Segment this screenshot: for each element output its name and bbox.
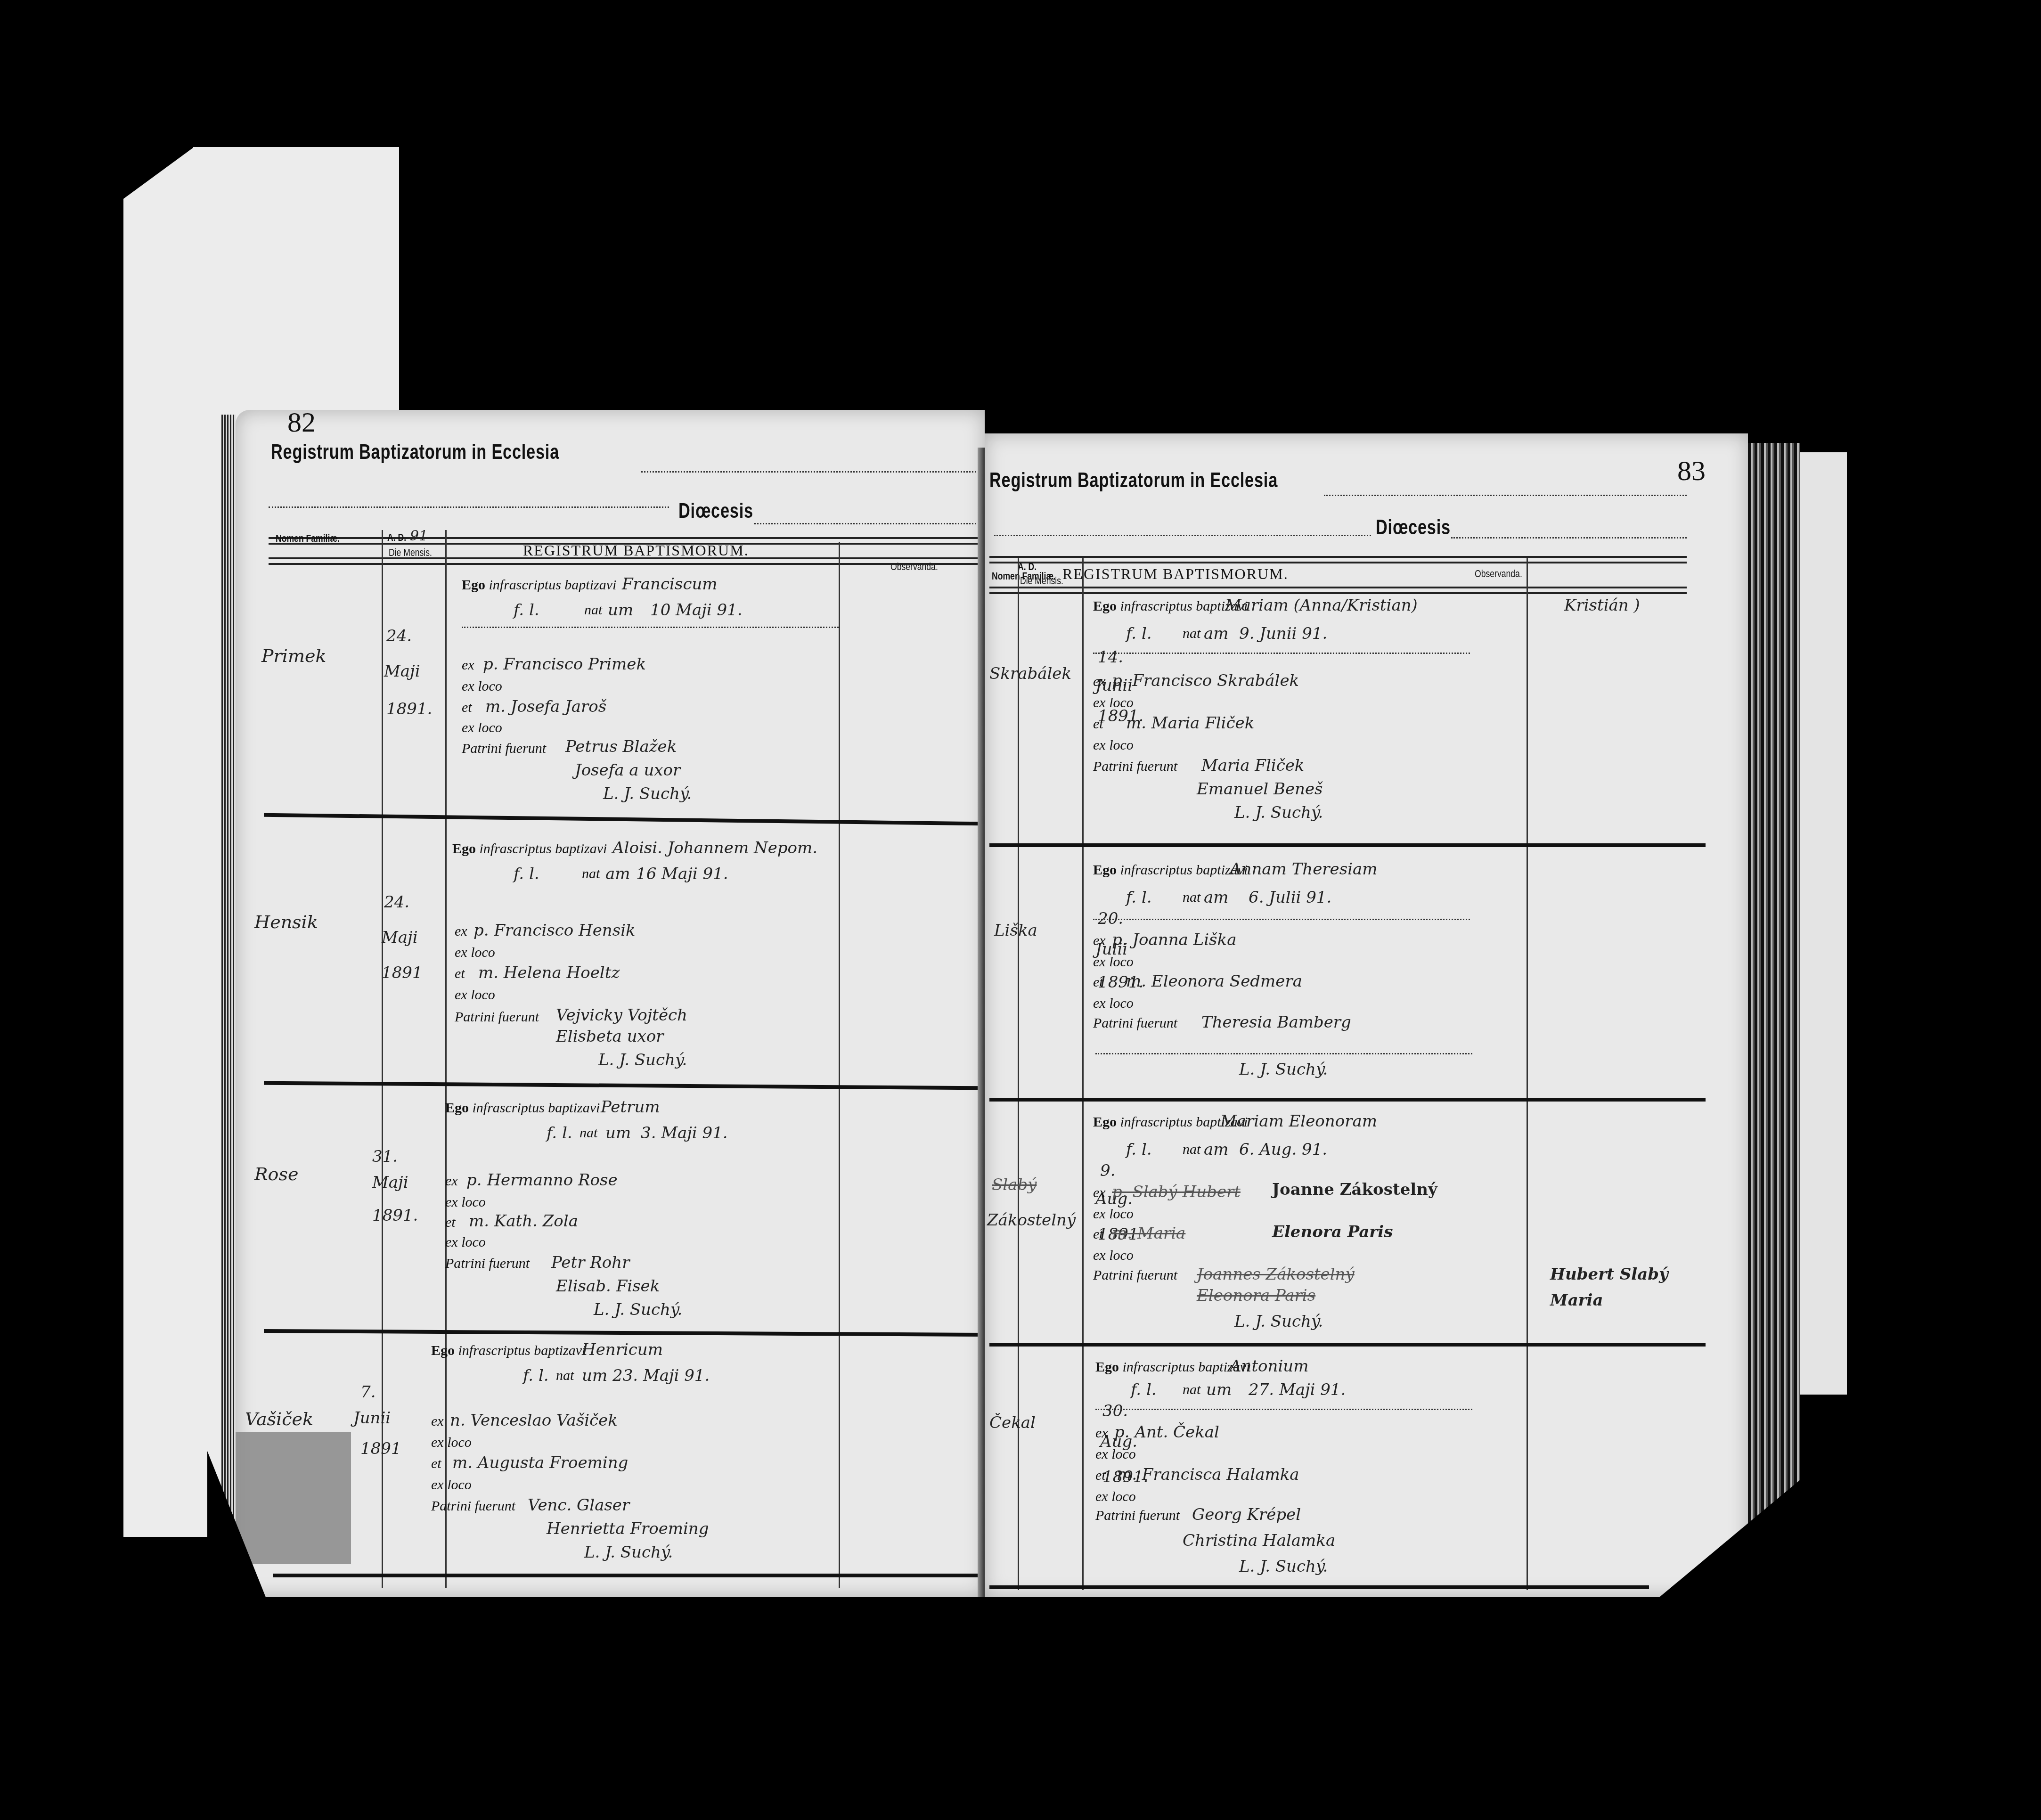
baptism-year: 1891. — [372, 1206, 418, 1225]
label-patrini: Patrini fuerunt — [1095, 1508, 1180, 1524]
priest-signature: L. J. Suchý. — [584, 1543, 673, 1562]
father-name: p. Francisco Hensik — [474, 921, 636, 940]
father-name: p. Hermanno Rose — [466, 1171, 618, 1190]
label-patrini: Patrini fuerunt — [455, 1009, 539, 1025]
left-page-number: 82 — [287, 406, 316, 439]
godparent-1: Maria Fliček — [1201, 756, 1304, 775]
baptism-day: 7. — [360, 1383, 376, 1402]
label-ego: Ego infrascriptus baptizavi — [1095, 1359, 1250, 1375]
label-ex: ex — [1095, 1425, 1108, 1441]
birth-date: 10 Maji 91. — [650, 601, 742, 620]
family-name: Primek — [261, 645, 326, 666]
baptism-year: 1891 — [382, 963, 423, 982]
child-name: Petrum — [601, 1098, 660, 1117]
baptism-day: 31. — [372, 1147, 398, 1166]
birth-date: 3. Maji 91. — [641, 1124, 728, 1143]
label-ex: ex — [462, 657, 474, 673]
godparent-1-struck: Joannes Zákostelný — [1197, 1265, 1355, 1284]
label-ego: Ego infrascriptus baptizavi — [431, 1343, 586, 1359]
godparent-1: Venc. Glaser — [528, 1496, 629, 1515]
blank-line — [1095, 1053, 1472, 1054]
ecclesia-line — [1324, 495, 1687, 496]
label-ex: ex — [1093, 933, 1106, 949]
label-natum: nat — [1183, 1142, 1200, 1158]
label-patrini: Patrini fuerunt — [1093, 1015, 1177, 1031]
col-register: REGISTRUM BAPTISMORUM. — [523, 542, 749, 559]
child-name: Annam Theresiam — [1230, 860, 1378, 879]
mother-name: m. Maria Fliček — [1126, 714, 1254, 733]
label-ex-loco-2: ex loco — [462, 720, 502, 736]
label-ex-loco-2: ex loco — [1095, 1489, 1136, 1505]
priest-signature: L. J. Suchý. — [1239, 1060, 1328, 1079]
legitimacy: f. l. — [1126, 624, 1152, 643]
blank-line — [1095, 1409, 1472, 1410]
right-flap — [1800, 452, 1847, 1395]
father-name: p. Ant. Čekal — [1114, 1423, 1219, 1442]
birth-date: 6. Julii 91. — [1249, 888, 1331, 907]
header-rule-bottom — [989, 587, 1687, 594]
legitimacy: f. l. — [514, 865, 539, 883]
godparent-1: Petr Rohr — [551, 1253, 629, 1272]
baptism-year: 1891 — [360, 1439, 401, 1458]
right-entry-3: Slabý Zákostelný 9. Aug. 1891 Ego infras… — [985, 1105, 1748, 1340]
born-suffix: um — [608, 601, 633, 620]
godparent-2: Elisbeta uxor — [556, 1027, 663, 1046]
label-et: et — [462, 700, 472, 716]
baptism-month: Maji — [382, 928, 418, 947]
redacted-area — [236, 1432, 351, 1564]
child-name: Henricum — [582, 1340, 663, 1359]
mother-name: Elenora Paris — [1272, 1223, 1393, 1241]
legitimacy: f. l. — [1126, 1140, 1152, 1159]
label-patrini: Patrini fuerunt — [462, 741, 546, 757]
label-ex-loco-2: ex loco — [1093, 737, 1134, 753]
entry-separator — [989, 843, 1706, 847]
label-ego: Ego infrascriptus baptizavi — [452, 841, 607, 857]
observanda-note: Kristián ) — [1564, 596, 1640, 615]
label-et: et — [1093, 974, 1103, 990]
godparent-1: Petrus Blažek — [565, 737, 677, 756]
baptism-day: 24. — [386, 627, 412, 645]
diocese-line-right — [754, 523, 980, 524]
birth-date: 16 Maji 91. — [636, 865, 728, 883]
right-entry-4: Čekal 30. Aug. 1891. Ego infrascriptus b… — [985, 1350, 1748, 1585]
label-ex-loco: ex loco — [455, 945, 495, 961]
tab-top — [193, 147, 399, 199]
label-ex: ex — [445, 1173, 458, 1189]
entry-separator — [273, 1574, 985, 1577]
born-suffix: um — [1206, 1380, 1232, 1399]
birth-date: 6. Aug. 91. — [1239, 1140, 1327, 1159]
label-patrini: Patrini fuerunt — [1093, 759, 1177, 775]
label-ex: ex — [1093, 1185, 1106, 1201]
right-page-title: Registrum Baptizatorum in Ecclesia — [989, 469, 1278, 492]
priest-signature: L. J. Suchý. — [594, 1300, 682, 1319]
godparent-2: Christina Halamka — [1183, 1531, 1335, 1550]
born-suffix: am — [1204, 624, 1229, 643]
family-name: Rose — [254, 1164, 298, 1184]
left-page-title: Registrum Baptizatorum in Ecclesia — [271, 441, 559, 464]
child-name: Antonium — [1230, 1357, 1309, 1376]
father-name: n. Venceslao Vašiček — [450, 1411, 618, 1430]
label-ex-loco: ex loco — [1093, 954, 1134, 970]
entry-separator — [989, 1585, 1649, 1589]
label-natum: nat — [1183, 1382, 1200, 1398]
header-rule-top — [989, 556, 1687, 563]
birth-date: 9. Junii 91. — [1239, 624, 1327, 643]
godparent-1: Theresia Bamberg — [1201, 1013, 1351, 1032]
legitimacy: f. l. — [547, 1124, 572, 1143]
baptism-year: 1891. — [386, 700, 432, 718]
right-page-number: 83 — [1677, 455, 1706, 487]
label-ex-loco: ex loco — [462, 678, 502, 694]
label-natum: nat — [1183, 626, 1200, 642]
label-natum: nat — [582, 866, 600, 882]
mother-name: m. Augusta Froeming — [452, 1453, 628, 1472]
page-stack-right — [1748, 443, 1800, 1597]
priest-signature: L. J. Suchý. — [1239, 1557, 1328, 1576]
blank-line — [1093, 653, 1470, 654]
baptism-month: Junii — [353, 1409, 391, 1428]
label-ex: ex — [1093, 674, 1106, 690]
label-ex-loco-2: ex loco — [445, 1234, 486, 1250]
label-ex-loco-2: ex loco — [1093, 1248, 1134, 1264]
born-suffix: um — [582, 1366, 607, 1385]
col-register: REGISTRUM BAPTISMORUM. — [1062, 565, 1289, 583]
mother-name: m. Kath. Zola — [469, 1212, 578, 1231]
family-name: Hensik — [254, 912, 318, 932]
col-day-month: Die Mensis. — [1020, 575, 1063, 587]
col-observanda: Observanda. — [1475, 568, 1522, 580]
label-ex-loco-2: ex loco — [1093, 996, 1134, 1012]
blank-line — [462, 627, 839, 628]
left-entry-3: Rose 31. Maji 1891. Ego infrascriptus ba… — [236, 1093, 985, 1329]
label-ego: Ego infrascriptus baptizavi — [1093, 862, 1248, 878]
born-suffix: am — [1204, 1140, 1229, 1159]
born-suffix: am — [605, 865, 630, 883]
priest-signature: L. J. Suchý. — [603, 784, 692, 803]
blank-line — [1093, 919, 1470, 920]
entry-separator — [989, 1098, 1706, 1102]
child-name: Mariam (Anna/Kristian) — [1225, 596, 1418, 615]
observanda-godparent-2: Maria — [1550, 1291, 1603, 1310]
family-name: Vašiček — [245, 1409, 313, 1429]
header-rule-bottom — [269, 557, 980, 565]
observanda-godparent-1: Hubert Slabý — [1550, 1265, 1668, 1284]
mother-name: m. Eleonora Sedmera — [1126, 972, 1302, 991]
left-diocese-label: Diœcesis — [678, 499, 753, 523]
diocese-line-right — [1451, 537, 1687, 539]
col-ad-year: 91 — [410, 528, 428, 544]
born-suffix: um — [605, 1124, 631, 1143]
godparent-2: Josefa a uxor — [575, 761, 680, 780]
baptism-day: 9. — [1100, 1161, 1115, 1180]
book-edge-left — [221, 415, 236, 1578]
father-name: p. Francisco Primek — [483, 655, 646, 674]
label-ex: ex — [431, 1413, 444, 1429]
family-name-struck: Slabý — [992, 1175, 1037, 1194]
born-suffix: am — [1204, 888, 1229, 907]
diocese-line-left — [994, 535, 1371, 536]
label-patrini: Patrini fuerunt — [1093, 1267, 1177, 1283]
baptism-day: 30. — [1102, 1402, 1128, 1420]
label-et: et — [1093, 1226, 1103, 1242]
godparent-1: Vejvicky Vojtěch — [556, 1006, 687, 1025]
child-name: Mariam Eleonoram — [1220, 1112, 1377, 1131]
family-name: Čekal — [989, 1413, 1036, 1432]
label-et: et — [1093, 716, 1103, 732]
right-entry-2: Liška 20. Julii 1891. Ego infrascriptus … — [985, 853, 1748, 1088]
ecclesia-line — [641, 471, 980, 473]
mother-name: m. Josefa Jaroš — [485, 697, 606, 716]
mother-name: m. Helena Hoeltz — [478, 963, 620, 982]
birth-date: 27. Maji 91. — [1249, 1380, 1346, 1399]
father-name: p. Francisco Skrabálek — [1112, 671, 1299, 690]
priest-signature: L. J. Suchý. — [1234, 803, 1323, 822]
right-entry-1-content: Ego infrascriptus baptizavi Mariam (Anna… — [985, 594, 1748, 839]
left-entry-2: Hensik 24. Maji 1891 Ego infrascriptus b… — [236, 834, 985, 1079]
godparent-2: Emanuel Beneš — [1197, 780, 1323, 799]
baptism-day: 24. — [384, 893, 409, 912]
label-ego: Ego infrascriptus baptizavi — [445, 1100, 600, 1116]
label-et: et — [431, 1456, 441, 1472]
father-name: Joanne Zákostelný — [1272, 1180, 1437, 1199]
baptism-month: Maji — [372, 1173, 408, 1192]
family-name: Zákostelný — [987, 1211, 1076, 1230]
right-diocese-label: Diœcesis — [1376, 516, 1451, 539]
legitimacy: f. l. — [514, 601, 539, 620]
diocese-line-left — [269, 506, 669, 508]
mother-name-struck: m. Maria — [1112, 1224, 1185, 1243]
label-et: et — [455, 966, 465, 982]
left-entry-1: Primek 24. Maji 1891. Ego infrascriptus … — [236, 575, 985, 820]
legitimacy: f. l. — [1131, 1380, 1157, 1399]
godparent-1: Georg Krépel — [1192, 1505, 1301, 1524]
label-patrini: Patrini fuerunt — [445, 1256, 530, 1272]
label-natum: nat — [556, 1368, 574, 1384]
label-ego: Ego infrascriptus baptizavi — [462, 577, 616, 593]
col-ad: A. D. — [1018, 561, 1037, 573]
col-family-name: Nomen Familiæ. — [276, 532, 340, 545]
birth-date: 23. Maji 91. — [612, 1366, 710, 1385]
label-natum: nat — [580, 1125, 597, 1141]
label-patrini: Patrini fuerunt — [431, 1498, 515, 1514]
child-name: Franciscum — [622, 575, 718, 594]
child-name: Aloisi. Johannem Nepom. — [612, 839, 817, 857]
label-ex-loco: ex loco — [1093, 1206, 1134, 1222]
label-et: et — [1095, 1468, 1106, 1484]
priest-signature: L. J. Suchý. — [598, 1051, 687, 1069]
label-ex-loco: ex loco — [431, 1435, 472, 1451]
mother-name: m. Francisca Halamka — [1117, 1465, 1299, 1484]
label-ex-loco: ex loco — [1095, 1446, 1136, 1462]
legitimacy: f. l. — [523, 1366, 549, 1385]
father-name: p. Joanna Liška — [1112, 930, 1236, 949]
legitimacy: f. l. — [1126, 888, 1152, 907]
col-ad: A. D. — [387, 531, 406, 544]
father-name-struck: p. Slabý Hubert — [1112, 1183, 1241, 1201]
baptism-month: Maji — [384, 662, 420, 681]
label-ex-loco: ex loco — [445, 1194, 486, 1210]
label-ex-loco-2: ex loco — [455, 987, 495, 1003]
priest-signature: L. J. Suchý. — [1234, 1312, 1323, 1331]
label-ex-loco: ex loco — [1093, 695, 1134, 711]
label-et: et — [445, 1215, 456, 1231]
family-name: Liška — [994, 921, 1037, 940]
entry-separator — [989, 1343, 1706, 1347]
label-natum: nat — [1183, 890, 1200, 906]
godparent-2-struck: Eleonora Paris — [1197, 1286, 1315, 1305]
label-ex: ex — [455, 923, 467, 939]
godparent-2: Henrietta Froeming — [547, 1519, 709, 1538]
label-ex-loco-2: ex loco — [431, 1477, 472, 1493]
godparent-2: Elisab. Fisek — [556, 1277, 660, 1296]
label-natum: nat — [584, 602, 602, 618]
